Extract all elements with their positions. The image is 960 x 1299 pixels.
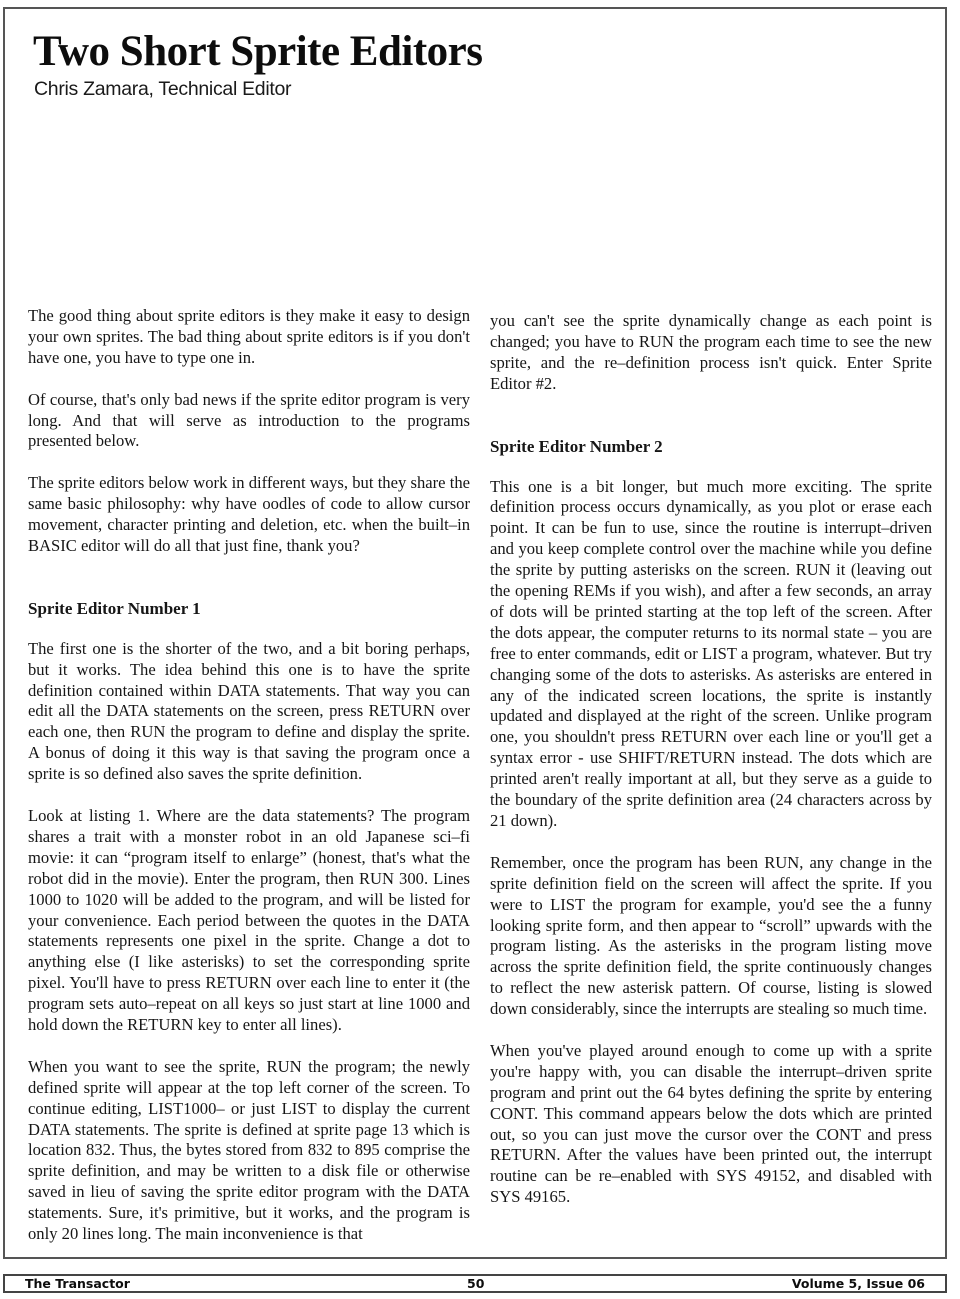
left-column: The good thing about sprite editors is t… bbox=[28, 306, 470, 1266]
footer-page-number: 50 bbox=[467, 1276, 484, 1291]
editor-2-paragraph-1: This one is a bit longer, but much more … bbox=[490, 477, 932, 832]
footer-publication: The Transactor bbox=[25, 1276, 130, 1291]
editor-1-paragraph-3: When you want to see the sprite, RUN the… bbox=[28, 1057, 470, 1245]
intro-paragraph-3: The sprite editors below work in differe… bbox=[28, 473, 470, 557]
intro-paragraph-2: Of course, that's only bad news if the s… bbox=[28, 390, 470, 453]
section-heading-editor-1: Sprite Editor Number 1 bbox=[28, 598, 470, 619]
continuation-paragraph: you can't see the sprite dynamically cha… bbox=[490, 311, 932, 395]
spacer bbox=[490, 416, 932, 436]
footer-issue: Volume 5, Issue 06 bbox=[792, 1276, 925, 1291]
editor-1-paragraph-2: Look at listing 1. Where are the data st… bbox=[28, 806, 470, 1036]
page-footer: The Transactor 50 Volume 5, Issue 06 bbox=[3, 1274, 947, 1293]
editor-1-paragraph-1: The first one is the shorter of the two,… bbox=[28, 639, 470, 785]
editor-2-paragraph-2: Remember, once the program has been RUN,… bbox=[490, 853, 932, 1020]
editor-2-paragraph-3: When you've played around enough to come… bbox=[490, 1041, 932, 1208]
article-title: Two Short Sprite Editors bbox=[33, 30, 482, 73]
right-column: you can't see the sprite dynamically cha… bbox=[490, 311, 932, 1229]
section-heading-editor-2: Sprite Editor Number 2 bbox=[490, 436, 932, 457]
intro-paragraph-1: The good thing about sprite editors is t… bbox=[28, 306, 470, 369]
article-byline: Chris Zamara, Technical Editor bbox=[34, 78, 291, 101]
spacer bbox=[28, 578, 470, 598]
